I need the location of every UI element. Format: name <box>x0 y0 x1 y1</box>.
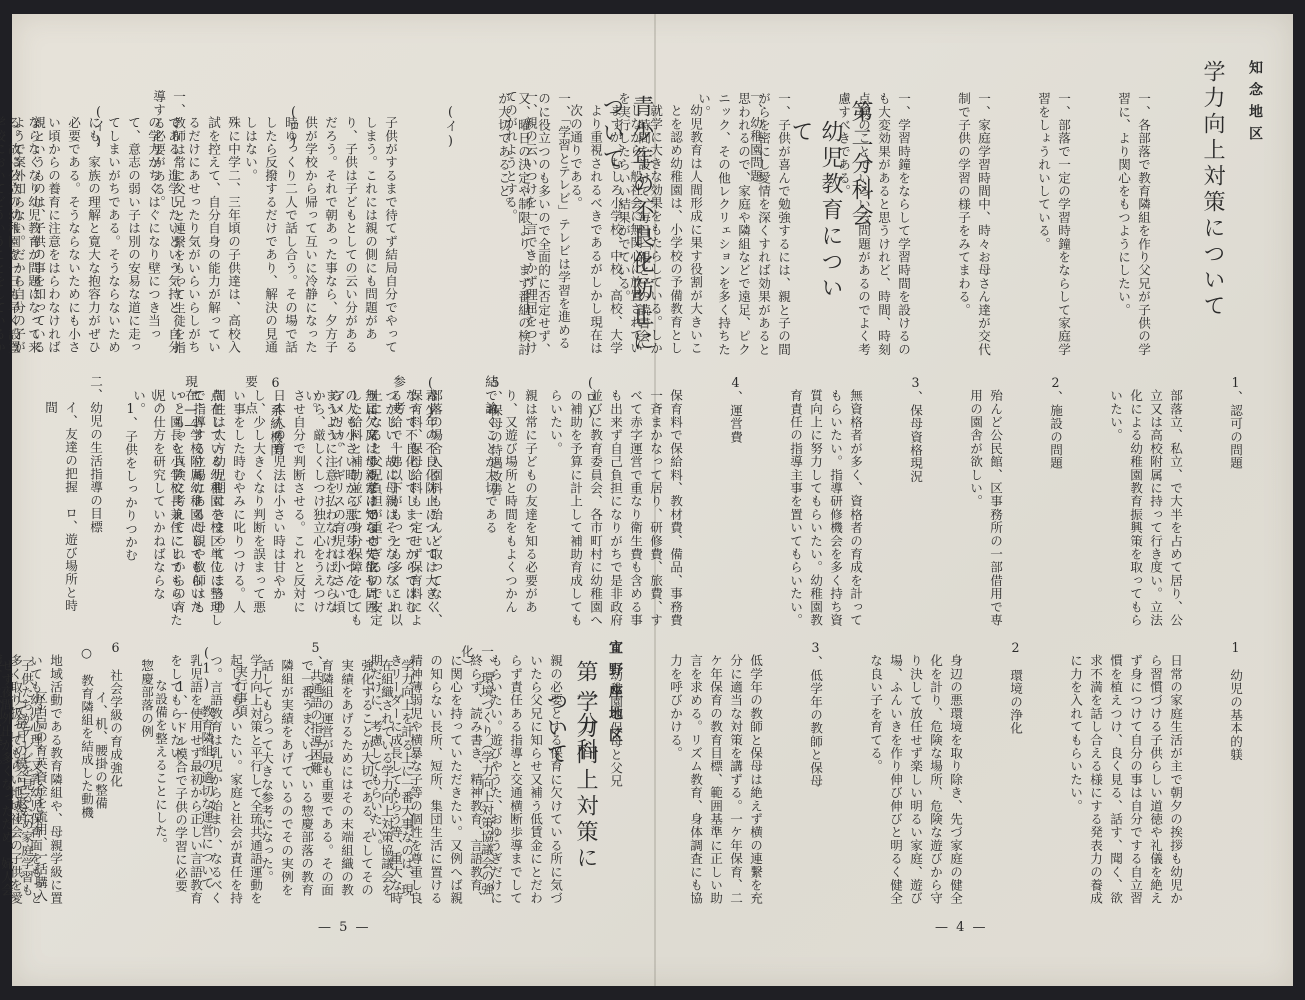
list-item: 一、部落で一定の学習時鐘をならして家庭学習をしょうれいしている。 <box>1033 92 1073 362</box>
conclusion-section: 結 論 青少年の不良化防止については大きくなって不良化してしまってからではむつか… <box>448 375 540 625</box>
child-guidance-goals: 1 幼児の基本的躾 日常の家庭生活が主で朝夕の挨拶も幼児から習慣づける子供らしい… <box>685 640 1285 910</box>
delinquency-section-2: (ロ) 殊に中学二、三年頃の子供達は、高校入試を控えて、自分自身の能力が解ってい… <box>225 90 343 360</box>
points-label: 要 点 <box>240 375 260 625</box>
section-heading: 一、環境づくり（学力向上対策協議会の強化） <box>456 645 496 905</box>
district-ginoza: 宜野座地区 <box>605 640 625 750</box>
delinquency-section: 一、親の云いつけを一言できかず理屈をつけてのがれようとする。 (イ) 子供がする… <box>340 90 580 360</box>
issue-label: 4、運営費 <box>725 375 745 635</box>
kindergarten-section: 一、幼稚園問題 幼児教育は人間形成に果す役割が大きいことを認め幼稚園は、小学校の… <box>675 90 805 360</box>
paragraph: 一、教師は常に父兄と連繋をもって生徒を指導する必要がある。 <box>148 90 188 360</box>
goal-label: 1 幼児の基本的躾 <box>1225 640 1245 910</box>
exec-item: 1、一ドル模合で子供の学習に必要な設備を整えることにした。 <box>150 665 190 905</box>
point-item: 1、子供をしっかりつかむ <box>120 375 140 625</box>
page-number-5: — 5 — <box>318 920 371 935</box>
execution-items: 実行事項 1、一ドル模合で子供の学習に必要な設備を整えることにした。 イ、机、腰… <box>80 665 290 905</box>
issue-text: 殆んど公民館、区事務所の一部借用で専用の園舎が欲しい。 <box>965 375 1005 635</box>
teacher-sub-section: (ロ) 親は常に子どもの友達を知る必要があり、又遊び場所と時間をもよくつかんでお… <box>540 375 640 625</box>
page4-title: 学力向上対策について <box>1197 60 1227 340</box>
page5-title: 青少年の不良化防止について <box>596 95 656 375</box>
conclusion-label: 結 論 <box>480 375 500 625</box>
page-number-4: — 4 — <box>935 920 988 935</box>
sub-label: (ロ) <box>580 375 600 625</box>
point-item: イ、友達の把握 ロ、遊び場所と時間 <box>40 375 80 625</box>
issue-text: 無資格者が多く、資格者の育成を計ってもらいたい。指導研修機会を多く持ち資質向上に… <box>785 375 865 635</box>
goal-text: 低学年の教師と保母は絶えず横の連繋を充分に適当な対策を講ずる。一ケ年保育、二ケ年… <box>665 640 765 910</box>
exec-item: イ、机、腰掛の整備 <box>90 665 110 905</box>
sub-label: (イ) <box>440 90 460 360</box>
points-now: 現在—— <box>180 375 200 625</box>
sub-text: 親というものは、子供の事を知っているようで案外知らない。だから自分の子が学校にお… <box>0 90 48 360</box>
reference-section: 参 考 アメリカ、イギリスの育児は小さい頃から、厳しくしつけ独立心をうえつけさせ… <box>300 375 448 625</box>
district-chinen: 知念地区 <box>1245 60 1265 180</box>
environment-section: 一、環境づくり（学力向上対策協議会の強化） 学力向上を計る上に一番大事なのは、現… <box>300 645 536 905</box>
goal-text: 日常の家庭生活が主で朝夕の挨拶も幼児から習慣づける子供らしい道徳や礼儀を絶えず身… <box>1065 640 1185 910</box>
page4-items: 一、各部落で教育隣組を作り父兄が子供の学習に、より関心をもつようにしたい。 一、… <box>1003 92 1193 362</box>
exec-item: 区当局の育英資金を流用、一括購入して毎月の模合で返済 <box>10 665 50 905</box>
list-item: 一、家庭学習時間中、時々お母さん達が交代制で子供の学習の様子をみてまわる。 <box>953 92 993 362</box>
issue-label: 2、施設の問題 <box>1045 375 1065 635</box>
teacher-section: 一、教師は常に父兄と連繋をもって生徒を指導する必要がある。 (イ) 親というもの… <box>68 90 228 360</box>
key-points: 要 点 現在—— 1、子供をしっかりつかむ イ、友達の把握 ロ、遊び場所と時間 … <box>100 375 300 625</box>
goal-label: 3、低学年の教師と保母 <box>805 640 825 910</box>
sub-label: (ロ) <box>283 90 303 360</box>
goal-text: 身辺の悪環境を取り除き、先づ家庭の健全化を計り、危険な場所、危険な遊びから守り決… <box>865 640 965 910</box>
section2-title: 第二分科会 <box>845 100 875 260</box>
list-item: 一、各部落で教育隣組を作り父兄が子供の学習に、より関心をもつようにしたい。 <box>1113 92 1153 362</box>
numbered-issues: 1、認可の問題 部落立、私立、で大半を占めて居り、公立又は高校附属に持って行き度… <box>685 375 1285 635</box>
exec-label: 実行事項 <box>230 665 250 905</box>
reference-label: 参 考 <box>388 375 408 625</box>
sub-label: (イ) <box>88 90 108 360</box>
paragraph: 一、親の云いつけを一言できかず理屈をつけてのがれようとする。 <box>500 90 540 360</box>
section1-subtitle: 学力向上対策について <box>540 690 600 890</box>
section-heading: 一、幼稚園問題 <box>745 90 765 360</box>
goal-label: 2 環境の浄化 <box>1005 640 1025 910</box>
issue-label: 3、保母資格現況 <box>905 375 925 635</box>
issue-text: 部落立、私立、で大半を占めて居り、公立又は高校附属に持って行き度い。立法化による… <box>1105 375 1185 635</box>
issue-label: 1、認可の問題 <box>1225 375 1245 635</box>
